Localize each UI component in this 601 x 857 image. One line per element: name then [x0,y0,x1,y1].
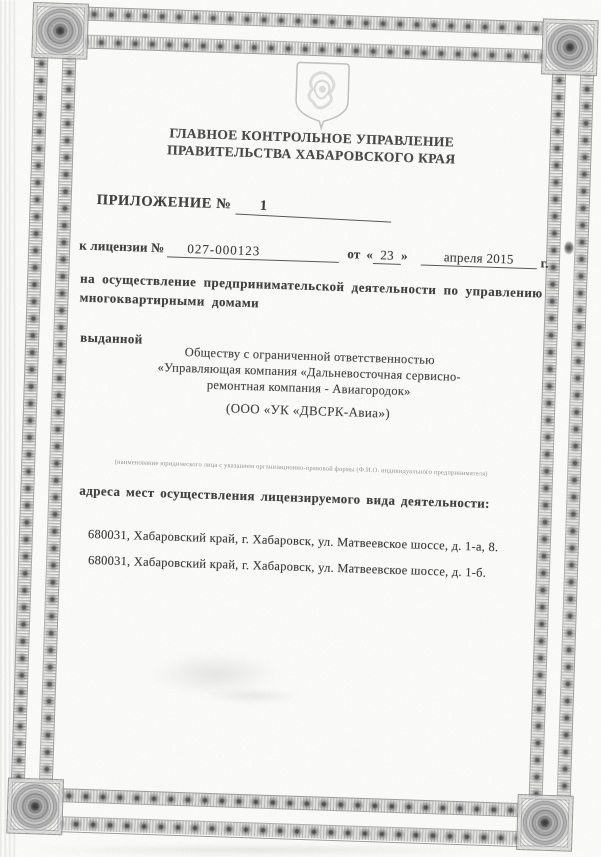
scanner-bottom-shadow [30,845,480,855]
close-quote: » [401,248,408,264]
border-corner-rosette-bottom-left [6,778,64,836]
document-sheet: ГЛАВНОЕ КОНТРОЛЬНОЕ УПРАВЛЕНИЕ ПРАВИТЕЛЬ… [9,5,595,849]
coat-of-arms-icon [283,57,361,133]
ornamental-border-right [529,72,594,799]
border-corner-rosette-top-right [541,18,599,76]
appendix-label: ПРИЛОЖЕНИЕ № [96,192,231,213]
license-day-field: 23 [373,247,402,265]
license-prefix-label: к лицензии № [79,238,165,257]
licensee-field-caption: (наименование юридического лица с указан… [38,456,564,481]
address-line-2: 680031, Хабаровский край, г. Хабаровск, … [88,553,486,581]
licensee-name-block: Обществу с ограниченной ответственностью… [63,340,555,427]
ornamental-border-bottom [59,788,520,847]
license-number-field: 027-000123 [167,240,339,263]
ornamental-border-top [85,7,546,64]
licensed-activity-description: на осуществление предпринимательской дея… [79,270,560,322]
scan-smudge [205,688,300,704]
from-label: от [347,246,361,262]
appendix-number-field: 1 [235,197,392,223]
border-corner-rosette-top-left [31,2,89,60]
license-month-year-field: апреля 2015 [421,249,537,270]
appendix-number-line: ПРИЛОЖЕНИЕ № 1 [96,192,391,220]
ornamental-border-left [11,55,76,782]
addresses-section-label: адреса мест осуществления лицензируемого… [79,483,490,512]
license-reference-line: к лицензии № 027-000123 от « 23 » апреля… [79,238,549,270]
border-corner-rosette-bottom-right [516,794,574,852]
year-suffix-label: г. [540,255,549,271]
address-line-1: 680031, Хабаровский край, г. Хабаровск, … [88,527,499,555]
